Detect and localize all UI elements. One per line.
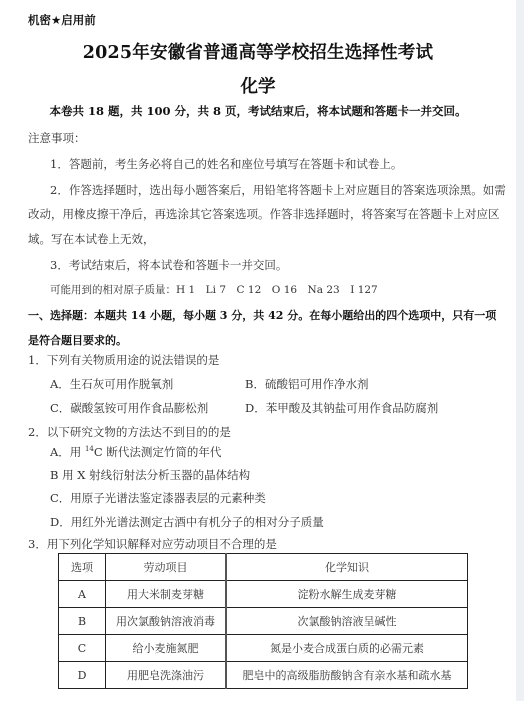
question-3-stem: 3．用下列化学知识解释对应劳动项目不合理的是: [28, 536, 277, 552]
confidential-label: 机密★启用前: [28, 12, 96, 28]
note-item: 3．考试结束后，将本试卷和答题卡一并交回。: [50, 257, 287, 273]
q1-option-d: D．苯甲酸及其钠盐可用作食品防腐剂: [245, 400, 438, 416]
question-1-stem: 1．下列有关物质用途的说法错误的是: [28, 352, 219, 368]
exam-title: 2025年安徽省普通高等学校招生选择性考试: [0, 39, 516, 64]
table-cell: 用次氯酸钠溶液消毒: [106, 608, 227, 635]
section-heading: 一、选择题：本题共 14 小题，每小题 3 分，共 42 分。在每小题给出的四个…: [28, 307, 496, 323]
table-cell: 淀粉水解生成麦芽糖: [226, 581, 468, 608]
q2-option-c: C．用原子光谱法鉴定漆器表层的元素种类: [50, 490, 266, 506]
section-heading-cont: 是符合题目要求的。: [28, 332, 127, 348]
table-row: D 用肥皂洗涤油污 肥皂中的高级脂肪酸钠含有亲水基和疏水基: [59, 662, 468, 689]
table-header-row: 选项 劳动项目 化学知识: [59, 554, 468, 581]
notes-heading: 注意事项：: [28, 130, 86, 146]
note-item: 2．作答选择题时，选出每小题答案后，用铅笔将答题卡上对应题目的答案选项涂黑。如需: [50, 182, 506, 198]
q2-option-a-prefix: A．用: [50, 445, 85, 459]
table-row: A 用大米制麦芽糖 淀粉水解生成麦芽糖: [59, 581, 468, 608]
table-row: B 用次氯酸钠溶液消毒 次氯酸钠溶液呈碱性: [59, 608, 468, 635]
q3-table: 选项 劳动项目 化学知识 A 用大米制麦芽糖 淀粉水解生成麦芽糖 B 用次氯酸钠…: [58, 553, 468, 689]
question-2-stem: 2．以下研究文物的方法达不到目的的是: [28, 424, 231, 440]
table-cell: 次氯酸钠溶液呈碱性: [226, 608, 468, 635]
note-item: 1．答题前，考生务必将自己的姓名和座位号填写在答题卡和试卷上。: [50, 156, 402, 172]
exam-summary: 本卷共 18 题，共 100 分，共 8 页，考试结束后，将本试题和答题卡一并交…: [0, 103, 516, 119]
table-cell: 氮是小麦合成蛋白质的必需元素: [226, 635, 468, 662]
note-item: 域。写在本试卷上无效，: [28, 231, 155, 247]
table-cell: A: [59, 581, 106, 608]
q1-option-a: A．生石灰可用作脱氧剂: [50, 376, 173, 392]
table-cell: B: [59, 608, 106, 635]
table-cell: D: [59, 662, 106, 689]
table-cell: C: [59, 635, 106, 662]
table-row: C 给小麦施氮肥 氮是小麦合成蛋白质的必需元素: [59, 635, 468, 662]
table-cell: 用大米制麦芽糖: [106, 581, 227, 608]
q1-option-c: C．碳酸氢铵可用作食品膨松剂: [50, 400, 208, 416]
table-cell: 用肥皂洗涤油污: [106, 662, 227, 689]
q1-option-b: B．硫酸铝可用作净水剂: [245, 376, 368, 392]
table-cell: 给小麦施氮肥: [106, 635, 227, 662]
q2-option-a-rest: C 断代法测定竹简的年代: [94, 445, 221, 459]
table-cell: 肥皂中的高级脂肪酸钠含有亲水基和疏水基: [226, 662, 468, 689]
table-header: 化学知识: [226, 554, 468, 581]
table-header: 选项: [59, 554, 106, 581]
q2-option-a: A．用 14C 断代法测定竹简的年代: [50, 444, 221, 460]
atomic-masses: 可能用到的相对原子质量：H 1 Li 7 C 12 O 16 Na 23 I 1…: [50, 282, 378, 297]
q2-option-b: B 用 X 射线衍射法分析玉器的晶体结构: [50, 467, 250, 483]
note-item: 改动，用橡皮擦干净后，再选涂其它答案选项。作答非选择题时，将答案写在答题卡上对应…: [28, 206, 500, 222]
isotope-superscript: 14: [85, 445, 94, 453]
subject-title: 化学: [0, 73, 516, 98]
q2-option-d: D．用红外光谱法测定古酒中有机分子的相对分子质量: [50, 514, 324, 530]
viewer-scroll-strip: [516, 0, 524, 701]
table-header: 劳动项目: [106, 554, 227, 581]
